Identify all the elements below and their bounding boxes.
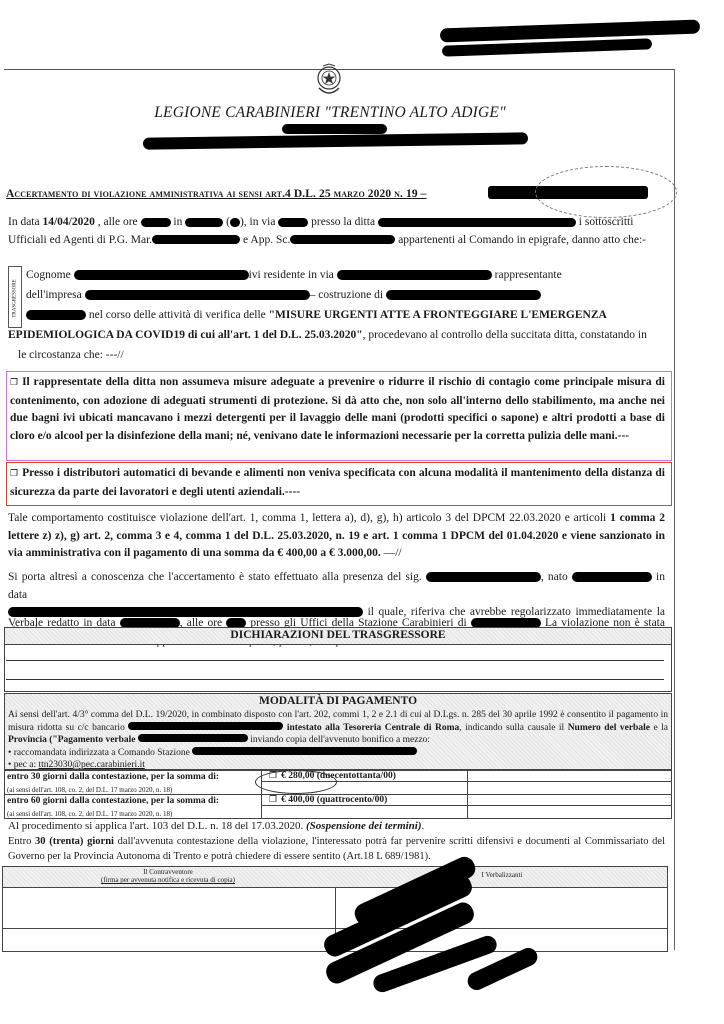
dichiarazioni-box [4,643,672,692]
amount-60: € 400,00 [281,795,314,805]
document-heading: Accertamento di violazione amministrativ… [6,188,427,200]
signature-field-contravventore[interactable] [3,887,335,928]
pagamento-text: Ai sensi dell'art. 4/3° comma del D.L. 1… [8,709,668,772]
trasgressore-paragraph: Cognome ivi residente in via rappresenta… [26,265,665,365]
signatures-header: Il Contravventore (firma per avvenuta no… [3,867,667,888]
redaction [141,218,171,227]
redaction [337,270,492,280]
amount-circle [255,770,337,794]
checkbox-icon[interactable]: ❐ [10,469,18,479]
payment-row-60: entro 60 giorni dalla contestazione, per… [5,794,671,818]
redaction [282,124,387,134]
redaction [128,722,283,730]
payment-table: entro 30 giorni dalla contestazione, per… [4,769,672,819]
checkbox-icon[interactable]: ❐ [10,378,18,388]
redaction [290,235,395,244]
pagamento-title: MODALITÀ DI PAGAMENTO [5,695,671,707]
redaction [572,572,652,582]
redaction [426,572,541,582]
stamp-circle [535,166,677,218]
date-value: 14/04/2020 [42,216,94,228]
pagamento-section: MODALITÀ DI PAGAMENTO Ai sensi dell'art.… [4,693,672,771]
dichiarazioni-title: DICHIARAZIONI DEL TRASGRESSORE [5,629,671,641]
redaction [230,218,240,227]
redaction [85,290,310,300]
redaction [26,310,86,320]
entro-paragraph: Entro 30 (trenta) giorni dall'avvenuta c… [8,834,665,864]
trasgressore-side-label: TRASGRESSORE [13,270,18,328]
redaction [378,218,576,227]
redaction [192,747,417,755]
payment-row-30: entro 30 giorni dalla contestazione, per… [5,770,671,795]
intro-paragraph: In data 14/04/2020 , alle ore in (), in … [8,214,665,249]
redaction [152,235,240,244]
violation-paragraph: Tale comportamento costituisce violazion… [8,510,665,563]
redaction [74,270,249,280]
redaction [440,19,700,42]
checkbox-icon[interactable]: ❐ [269,795,277,805]
procedimento-line: Al procedimento si applica l'art. 103 de… [8,818,665,836]
legione-title: LEGIONE CARABINIERI "TRENTINO ALTO ADIGE… [0,104,660,122]
redaction [278,218,308,227]
italian-republic-emblem-icon [314,62,344,100]
redaction [386,290,541,300]
redaction [185,218,223,227]
redaction [138,734,248,742]
finding-1: ❐Il rappresentate della ditta non assume… [10,374,665,445]
finding-2: ❐Presso i distributori automatici di bev… [10,465,665,501]
